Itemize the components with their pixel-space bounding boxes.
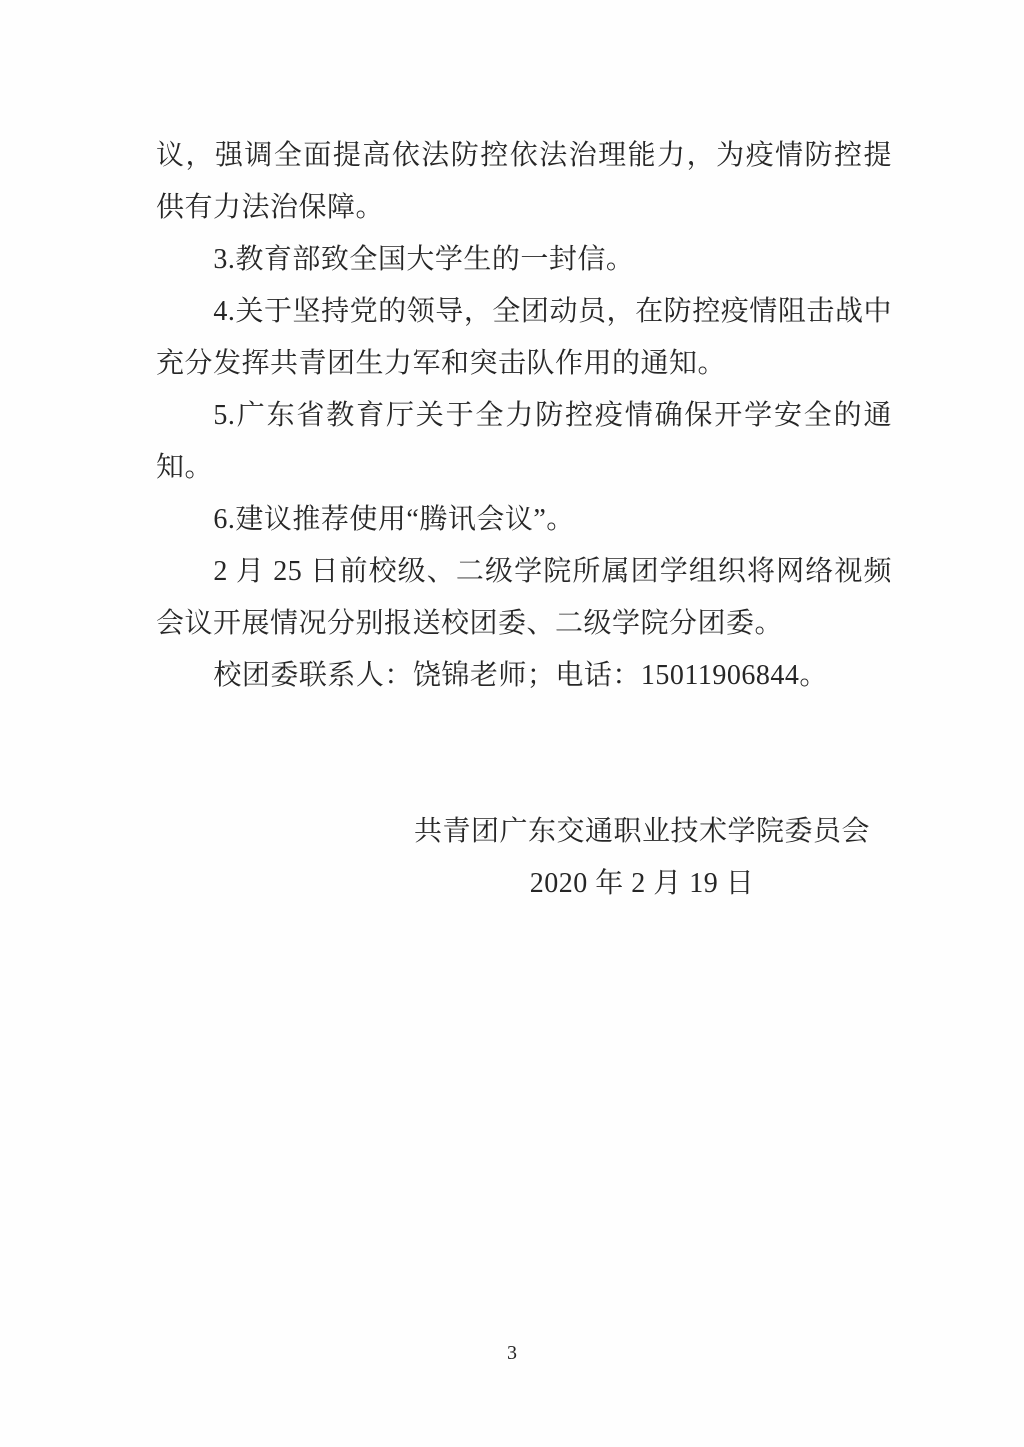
signature-block: 共青团广东交通职业技术学院委员会 2020 年 2 月 19 日 <box>414 806 870 910</box>
paragraph-item-4: 4.关于坚持党的领导，全团动员，在防控疫情阻击战中充分发挥共青团生力军和突击队作… <box>156 286 892 390</box>
document-body: 议，强调全面提高依法防控依法治理能力，为疫情防控提供有力法治保障。 3.教育部致… <box>156 130 892 910</box>
paragraph-item-5: 5.广东省教育厅关于全力防控疫情确保开学安全的通知。 <box>156 390 892 494</box>
page-number: 3 <box>0 1340 1024 1366</box>
signature-organization: 共青团广东交通职业技术学院委员会 <box>414 806 870 858</box>
paragraph-deadline: 2 月 25 日前校级、二级学院所属团学组织将网络视频会议开展情况分别报送校团委… <box>156 546 892 650</box>
document-page: 议，强调全面提高依法防控依法治理能力，为疫情防控提供有力法治保障。 3.教育部致… <box>0 0 1024 1447</box>
signature-date: 2020 年 2 月 19 日 <box>414 858 870 910</box>
signature-spacer <box>156 702 892 806</box>
paragraph-contact: 校团委联系人：饶锦老师；电话：15011906844。 <box>156 650 892 702</box>
paragraph-item-3: 3.教育部致全国大学生的一封信。 <box>156 234 892 286</box>
paragraph-continuation: 议，强调全面提高依法防控依法治理能力，为疫情防控提供有力法治保障。 <box>156 130 892 234</box>
paragraph-item-6: 6.建议推荐使用“腾讯会议”。 <box>156 494 892 546</box>
